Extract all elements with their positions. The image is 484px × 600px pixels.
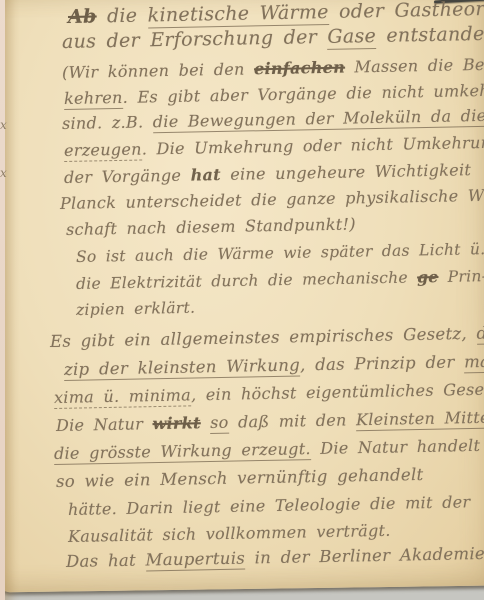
text-segment: daß mit den	[228, 410, 356, 431]
manuscript-line-3: (Wir können bei den einfachen Massen die…	[62, 52, 484, 82]
manuscript-line-16: Die Natur wirkt so daß mit den Kleinsten…	[56, 407, 484, 435]
text-segment-u: Maupertuis	[145, 549, 245, 572]
text-segment-b: hat	[190, 165, 221, 185]
text-segment-u: zip der kleinsten Wirkung	[64, 355, 300, 381]
text-segment-u: kinetische Wärme	[147, 1, 328, 28]
manuscript-line-6: erzeugen. Die Umkehrung oder nicht Umkeh…	[64, 133, 484, 160]
text-segment-du: erzeugen	[64, 140, 142, 162]
text-segment: Die Natur handelt	[311, 436, 481, 458]
text-segment: (Wir können bei den	[62, 59, 254, 82]
manuscript-line-20: Kausalität sich vollkommen verträgt.	[68, 521, 391, 546]
manuscript-line-7: der Vorgänge hat eine ungeheure Wichtigk…	[64, 160, 471, 187]
manuscript-line-4: kehren. Es gibt aber Vorgänge die nicht …	[64, 80, 484, 108]
text-segment: Planck unterscheidet die ganze physikali…	[60, 185, 484, 213]
manuscript-line-18: so wie ein Mensch vernünftig gehandelt	[56, 465, 424, 491]
manuscript-line-5: sind. z.B. die Bewegungen der Moleküln d…	[62, 105, 484, 133]
text-segment: der Vorgänge	[64, 166, 191, 187]
text-segment: Das hat	[66, 550, 146, 571]
text-segment: Es gibt ein allgemeinstes empirisches Ge…	[50, 324, 477, 351]
text-segment: So ist auch die Wärme wie später das Lic…	[76, 240, 484, 266]
text-segment: zipien erklärt.	[76, 299, 196, 319]
text-segment-s: einfachen	[254, 58, 345, 79]
text-segment-u: ma-	[464, 352, 484, 374]
manuscript-line-10: So ist auch die Wärme wie später das Lic…	[76, 240, 484, 266]
text-segment: eine ungeheure Wichtigkeit	[221, 160, 472, 184]
text-segment-s: Ab	[68, 5, 97, 28]
text-segment-du: xima ü. minima	[54, 385, 191, 409]
manuscript-line-2: aus der Erforschung der Gase entstanden	[62, 23, 484, 53]
text-segment: . Es gibt aber Vorgänge die nicht umkehr…	[123, 80, 484, 107]
text-segment: Die Natur	[56, 414, 153, 435]
manuscript-line-8: Planck unterscheidet die ganze physikali…	[60, 185, 484, 213]
text-segment: Massen die Bewegungen	[345, 53, 484, 77]
manuscript-line-17: die grösste Wirkung erzeugt. Die Natur h…	[54, 436, 481, 463]
manuscript-line-15: xima ü. minima, ein höchst eigentümliche…	[54, 379, 484, 407]
manuscript-line-11: die Elektrizität durch die mechanische g…	[76, 266, 484, 293]
lines-layer: Ab die kinetische Wärme oder Gastheorie …	[0, 0, 484, 600]
text-segment: Kausalität sich vollkommen verträgt.	[68, 521, 391, 546]
manuscript-line-19: hätte. Darin liegt eine Teleologie die m…	[68, 492, 471, 519]
text-segment: , das Prinzip der	[300, 352, 464, 374]
manuscript-line-12: zipien erklärt.	[76, 299, 196, 319]
text-segment: Prin-	[438, 267, 484, 286]
margin-mark-1: x	[0, 118, 7, 132]
manuscript-line-14: zip der kleinsten Wirkung, das Prinzip d…	[64, 352, 484, 379]
text-segment: schaft nach diesem Standpunkt!)	[66, 214, 356, 239]
text-segment: entstanden	[376, 23, 484, 47]
text-segment: aus der Erforschung der	[62, 26, 328, 53]
text-segment-u: Gase	[327, 25, 376, 50]
manuscript-line-9: schaft nach diesem Standpunkt!)	[66, 214, 356, 239]
text-segment-u: so	[210, 413, 229, 434]
text-segment: , ein höchst eigentümliches Gesetz	[191, 379, 484, 404]
manuscript-line-13: Es gibt ein allgemeinstes empirisches Ge…	[50, 322, 484, 351]
text-segment-s: wirkt	[152, 413, 201, 433]
text-segment-u: das Prin-	[476, 322, 484, 345]
text-segment: die Elektrizität durch die mechanische	[76, 268, 417, 293]
text-segment: in der Berliner Akademie	[245, 544, 484, 568]
margin-mark-2: x	[0, 166, 7, 180]
text-segment: . Die Umkehrung oder nicht Umkehrung	[142, 133, 484, 159]
manuscript-line-21: Das hat Maupertuis in der Berliner Akade…	[66, 544, 484, 571]
text-segment-u: die grösste Wirkung erzeugt.	[54, 439, 311, 465]
text-segment: hätte. Darin liegt eine Teleologie die m…	[68, 492, 471, 519]
text-segment: sind. z.B.	[62, 112, 153, 133]
photo-frame: Ab die kinetische Wärme oder Gastheorie …	[0, 0, 484, 600]
text-segment-s: ge	[417, 267, 439, 286]
text-segment: die	[96, 4, 147, 27]
text-segment-u: die Bewegungen der Moleküln da die	[153, 106, 484, 133]
text-segment-u: Kleinsten Mittel,	[356, 407, 484, 431]
text-segment-u: kehren	[64, 88, 123, 110]
text-segment: oder Gastheorie ist	[328, 0, 484, 23]
text-segment: so wie ein Mensch vernünftig gehandelt	[56, 465, 424, 491]
